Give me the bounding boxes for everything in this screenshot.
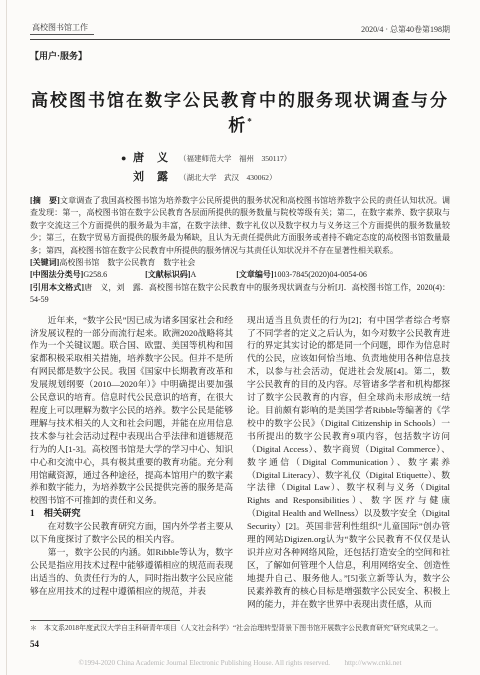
page-number: 54 bbox=[30, 639, 450, 649]
author-block: ● 唐 义 （福建师范大学 福州 350117） 刘 露 （湖北大学 武汉 43… bbox=[30, 149, 450, 184]
page-footer: ＊ 本文系2018年度武汉大学自主科研青年项目（人文社会科学）“社会治理转型背景… bbox=[30, 620, 450, 649]
body-paragraph: 在对数字公民教育研究方面，国内外学者主要从以下角度探讨了数字公民的相关内容。 bbox=[30, 520, 233, 546]
header-rule bbox=[30, 39, 450, 40]
clc-number: [中图法分类号]G258.6 bbox=[30, 269, 107, 281]
right-column: 现出适当且负责任的行为[2]；有中国学者综合考察了不同学者的定义之后认为，如今对… bbox=[247, 314, 450, 615]
section-heading: 1 相关研究 bbox=[30, 507, 233, 520]
article-title-text: 高校图书馆在数字公民教育中的服务现状调查与分析 bbox=[31, 91, 449, 135]
body-paragraph: 第一，数字公民的内涵。如Ribble等认为，数字公民是指应用技术过程中能够遵循相… bbox=[30, 546, 233, 598]
page-header: 高校图书馆工作 2020/4 · 总第40卷第198期 bbox=[30, 22, 450, 35]
issue-info: 2020/4 · 总第40卷第198期 bbox=[361, 24, 450, 35]
author-row: 刘 露 （湖北大学 武汉 430062） bbox=[121, 168, 359, 184]
citation-format: [引用本文格式]唐 义，刘 露．高校图书馆在数字公民教育中的服务现状调查与分析[… bbox=[30, 282, 450, 307]
article-meta: [摘 要]文章调查了我国高校图书馆为培养数字公民所提供的服务状况和高校图书馆培养… bbox=[30, 195, 450, 307]
copyright-notice: ©1994-2020 China Academic Journal Electr… bbox=[0, 658, 480, 668]
section-tag: 【用户·服务】 bbox=[30, 49, 450, 62]
article-body: 近年来，“数字公民”因已成为诸多国家社会和经济发展议程的一部分而流行起来。欧洲2… bbox=[30, 314, 450, 615]
citation-label: [引用本文格式] bbox=[30, 283, 84, 292]
article-number: [文章编号]1003-7845(2020)04-0054-06 bbox=[236, 269, 367, 281]
keywords: [关键词]高校图书馆 数字公民教育 数字社会 bbox=[30, 257, 450, 269]
footnote-rule bbox=[30, 620, 180, 621]
footnote: ＊ 本文系2018年度武汉大学自主科研青年项目（人文社会科学）“社会治理转型背景… bbox=[30, 624, 450, 633]
body-paragraph: 近年来，“数字公民”因已成为诸多国家社会和经济发展议程的一部分而流行起来。欧洲2… bbox=[30, 314, 233, 508]
abstract-text: 文章调查了我国高校图书馆为培养数字公民所提供的服务状况和高校图书馆培养数字公民的… bbox=[30, 196, 450, 255]
citation-text: 唐 义，刘 露．高校图书馆在数字公民教育中的服务现状调查与分析[J]．高校图书馆… bbox=[30, 283, 450, 304]
document-code: [文献标识码]A bbox=[145, 269, 196, 281]
title-footnote-mark: * bbox=[247, 116, 252, 126]
keywords-label: [关键词] bbox=[30, 258, 59, 267]
author-affiliation: （福建师范大学 福州 350117） bbox=[179, 153, 291, 164]
article-title: 高校图书馆在数字公民教育中的服务现状调查与分析* bbox=[30, 86, 450, 136]
journal-page: 高校图书馆工作 2020/4 · 总第40卷第198期 【用户·服务】 高校图书… bbox=[0, 0, 480, 675]
author-bullet-icon: ● bbox=[121, 153, 133, 163]
abstract-label: [摘 要] bbox=[30, 196, 60, 205]
author-name: 唐 义 bbox=[133, 149, 179, 165]
classification-row: [中图法分类号]G258.6 [文献标识码]A [文章编号]1003-7845(… bbox=[30, 269, 450, 281]
body-paragraph: 现出适当且负责任的行为[2]；有中国学者综合考察了不同学者的定义之后认为，如今对… bbox=[247, 314, 450, 611]
scan-edge-line bbox=[6, 0, 7, 675]
author-row: ● 唐 义 （福建师范大学 福州 350117） bbox=[121, 149, 359, 165]
left-column: 近年来，“数字公民”因已成为诸多国家社会和经济发展议程的一部分而流行起来。欧洲2… bbox=[30, 314, 233, 615]
author-affiliation: （湖北大学 武汉 430062） bbox=[179, 172, 277, 183]
keywords-text: 高校图书馆 数字公民教育 数字社会 bbox=[59, 258, 195, 267]
abstract: [摘 要]文章调查了我国高校图书馆为培养数字公民所提供的服务状况和高校图书馆培养… bbox=[30, 195, 450, 257]
author-name: 刘 露 bbox=[133, 168, 179, 184]
journal-name: 高校图书馆工作 bbox=[30, 22, 94, 35]
